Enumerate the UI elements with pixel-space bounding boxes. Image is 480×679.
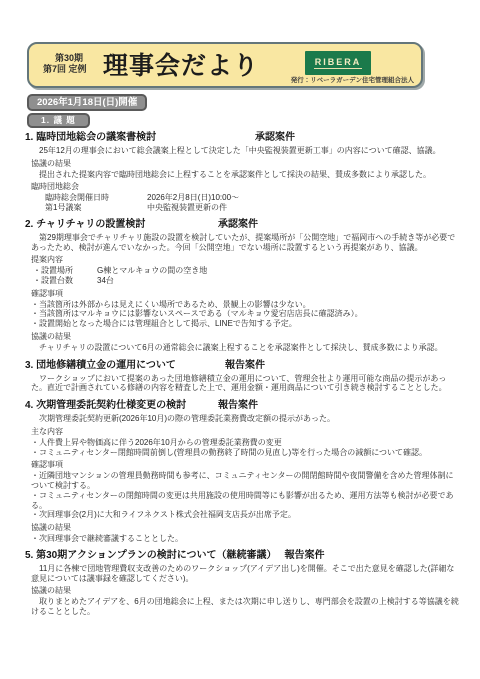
- section-label: 協議の結果: [31, 586, 459, 596]
- section-label: 臨時団地総会: [31, 182, 459, 192]
- agenda-item: 2. チャリチャリの設置検討承認案件第29期理事会でチャリチャリ施設の設置を検討…: [25, 218, 459, 353]
- agenda-badge: 1. 議 題: [27, 113, 90, 128]
- item-heading: 1. 臨時団地総会の議案書検討承認案件: [25, 131, 459, 144]
- bullet-line: ・次回理事会(2月)に大和ライフネクスト株式会社福岡支店長が出席予定。: [31, 510, 459, 520]
- paragraph-line: ワークショップにおいて提案のあった団地修繕積立金の運用について、管理会社より運用…: [31, 374, 459, 394]
- key-value-line: 第1号議案中央監視装置更新の件: [45, 203, 459, 213]
- case-type-label: 承認案件: [218, 218, 258, 231]
- section-label: 主な内容: [31, 427, 459, 437]
- paragraph-line: 25年12月の理事会において総会議案上程として決定した「中央監視装置更新工事」の…: [31, 146, 459, 156]
- item-title: 3. 団地修繕積立金の運用について: [25, 360, 176, 371]
- bullet-line: ・次回理事会で継続審議することとした。: [31, 534, 459, 544]
- kv-key: 第1号議案: [45, 203, 147, 213]
- item-title: 1. 臨時団地総会の議案書検討: [25, 132, 156, 143]
- kv-value: 中央監視装置更新の件: [147, 203, 227, 213]
- section-label: 確認事項: [31, 460, 459, 470]
- section-label: 協議の結果: [31, 159, 459, 169]
- key-value-line: ・設置台数34台: [33, 276, 459, 286]
- publisher-line: 発行：リベーラガーデン住宅管理組合法人: [291, 75, 414, 84]
- agenda-item: 4. 次期管理委託契約仕様変更の検討報告案件次期管理委託契約更新(2026年10…: [25, 399, 459, 544]
- item-heading: 5. 第30期アクションプランの検討について（継続審議）報告案件: [25, 549, 459, 562]
- section-label: 提案内容: [31, 255, 459, 265]
- event-date-badge: 2026年1月18日(日)開催: [27, 94, 147, 111]
- kv-key: ・設置台数: [33, 276, 97, 286]
- kv-value: G棟とマルキョウの間の空き地: [97, 266, 207, 276]
- bullet-line: ・コミュニティセンター閉館時間前倒し(管理員の勤務終了時間の見直し)等を行った場…: [31, 448, 459, 458]
- paragraph-line: 次期管理委託契約更新(2026年10月)の際の管理委託業務費改定額の提示があった…: [31, 414, 459, 424]
- newsletter-title: 理事会だより: [29, 47, 333, 85]
- kv-value: 2026年2月8日(日)10:00～: [147, 193, 239, 203]
- agenda-item: 3. 団地修繕積立金の運用について報告案件ワークショップにおいて提案のあった団地…: [25, 359, 459, 394]
- item-heading: 4. 次期管理委託契約仕様変更の検討報告案件: [25, 399, 459, 412]
- bullet-line: ・当該箇所はマルキョウには影響ないスペースである（マルキョウ愛宕店店長に確認済み…: [31, 309, 459, 319]
- case-type-label: 報告案件: [218, 399, 258, 412]
- item-heading: 3. 団地修繕積立金の運用について報告案件: [25, 359, 459, 372]
- section-label: 協議の結果: [31, 523, 459, 533]
- bullet-line: ・人件費上昇や物価高に伴う2026年10月からの管理委託業務費の変更: [31, 438, 459, 448]
- kv-value: 34台: [97, 276, 114, 286]
- bullet-line: ・当該箇所は外部からは見えにくい場所であるため、景観上の影響は少ない。: [31, 300, 459, 310]
- section-label: 協議の結果: [31, 332, 459, 342]
- key-value-line: 臨時総会開催日時2026年2月8日(日)10:00～: [45, 193, 459, 203]
- item-title: 2. チャリチャリの設置検討: [25, 219, 145, 230]
- item-heading: 2. チャリチャリの設置検討承認案件: [25, 218, 459, 231]
- item-title: 4. 次期管理委託契約仕様変更の検討: [25, 400, 186, 411]
- section-label: 確認事項: [31, 289, 459, 299]
- case-type-label: 報告案件: [285, 550, 325, 561]
- agenda-item: 1. 臨時団地総会の議案書検討承認案件25年12月の理事会において総会議案上程と…: [25, 131, 459, 213]
- paragraph-line: 第29期理事会でチャリチャリ施設の設置を検討していたが、提案場所が「公開空地」で…: [31, 233, 459, 253]
- key-value-line: ・設置場所G棟とマルキョウの間の空き地: [33, 266, 459, 276]
- agenda-list: 1. 臨時団地総会の議案書検討承認案件25年12月の理事会において総会議案上程と…: [25, 131, 459, 622]
- ribera-logo-text: RIBERA: [314, 57, 363, 69]
- header-box: 第30期 第7回 定例 理事会だより RIBERA 発行：リベーラガーデン住宅管…: [27, 42, 423, 88]
- bullet-line: ・近隣団地マンションの管理員勤務時間も参考に、コミュニティセンターの開閉館時間や…: [31, 471, 459, 491]
- kv-key: 臨時総会開催日時: [45, 193, 147, 203]
- paragraph-line: 取りまとめたアイデアを、6月の団地総会に上程、または次期に申し送りし、専門部会を…: [31, 597, 459, 617]
- case-type-label: 承認案件: [255, 131, 295, 144]
- case-type-label: 報告案件: [225, 359, 265, 372]
- newsletter-page: 第30期 第7回 定例 理事会だより RIBERA 発行：リベーラガーデン住宅管…: [0, 0, 480, 679]
- paragraph-line: チャリチャリの設置について6月の通常総会に議案上程することを承認案件として採決し…: [31, 343, 459, 353]
- ribera-logo: RIBERA: [305, 51, 371, 75]
- paragraph-line: 提出された提案内容で臨時団地総会に上程することを承認案件として採決の結果、賛成多…: [31, 170, 459, 180]
- bullet-line: ・設置開始となった場合には管理組合として掲示、LINEで告知する予定。: [31, 319, 459, 329]
- agenda-item: 5. 第30期アクションプランの検討について（継続審議）報告案件11月に各棟で団…: [25, 549, 459, 617]
- kv-key: ・設置場所: [33, 266, 97, 276]
- bullet-line: ・コミュニティセンターの閉館時間の変更は共用施設の使用時間等にも影響が出るため、…: [31, 491, 459, 511]
- item-title: 5. 第30期アクションプランの検討について（継続審議）: [25, 550, 277, 561]
- paragraph-line: 11月に各棟で団地管理費収支改善のためのワークショップ(アイデア出し)を開催。そ…: [31, 564, 459, 584]
